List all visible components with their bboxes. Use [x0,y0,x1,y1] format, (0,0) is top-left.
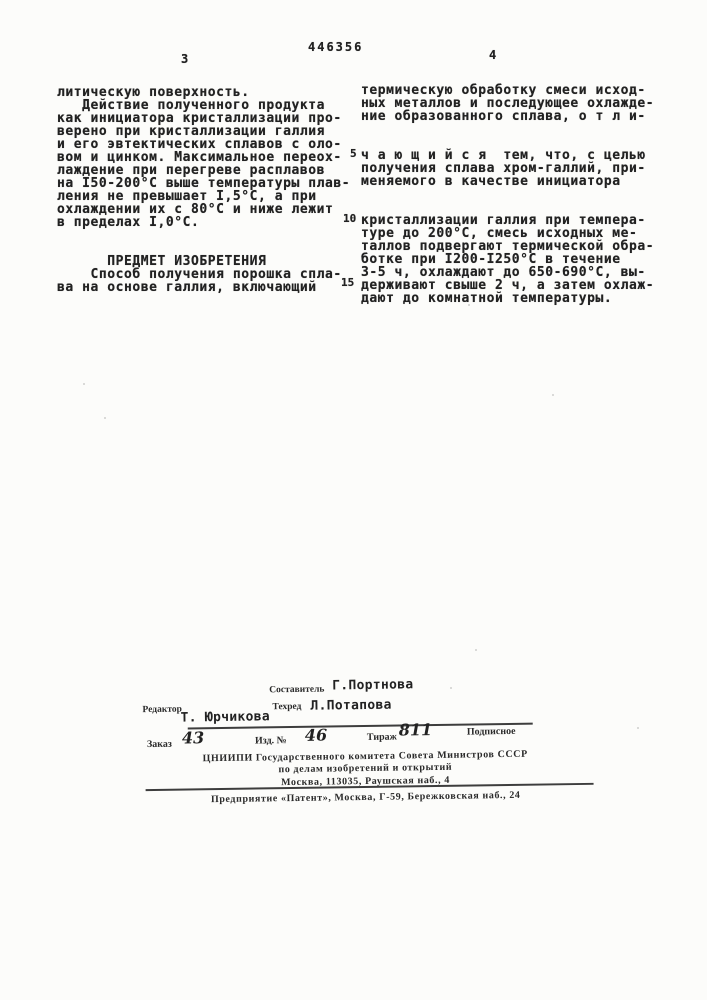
text-column-right: термическую обработку смеси исход-ных ме… [361,84,671,305]
podpisnoe-label: Подписное [467,726,516,738]
tirazh-label: Тираж [367,732,397,743]
redaktor-name: Т. Юрчикова [181,709,271,725]
tehred-label: Техред [272,702,301,712]
line-number-5: 5 [350,147,357,160]
izd-label: Изд. № [255,735,287,746]
patent-number: 446356 [308,40,363,54]
sostavitel-name: Г.Портнова [332,677,413,693]
tehred-name: Л.Потапова [310,698,391,714]
scan-speck [468,304,470,306]
scan-speck [475,649,477,651]
scan-speck [83,383,85,385]
zakaz-value: 43 [182,728,205,747]
patent-document-page: 446356 3 4 литическую поверхность. Дейст… [0,0,707,1000]
page-number-right: 4 [489,48,497,62]
page-number-left: 3 [181,52,189,66]
scan-speck [552,394,554,396]
redaktor-label: Редактор [142,705,182,716]
sostavitel-label: Составитель [269,685,324,696]
line-number-15: 15 [341,276,354,289]
zakaz-label: Заказ [147,739,172,750]
imprint-footer: Составитель Г.Портнова Редактор Т. Юрчик… [54,666,676,825]
scan-speck [104,417,106,419]
text-column-left: литическую поверхность. Действие получен… [57,86,359,294]
izd-value: 46 [305,726,328,745]
tirazh-value: 811 [399,720,433,739]
line-number-10: 10 [343,212,356,225]
